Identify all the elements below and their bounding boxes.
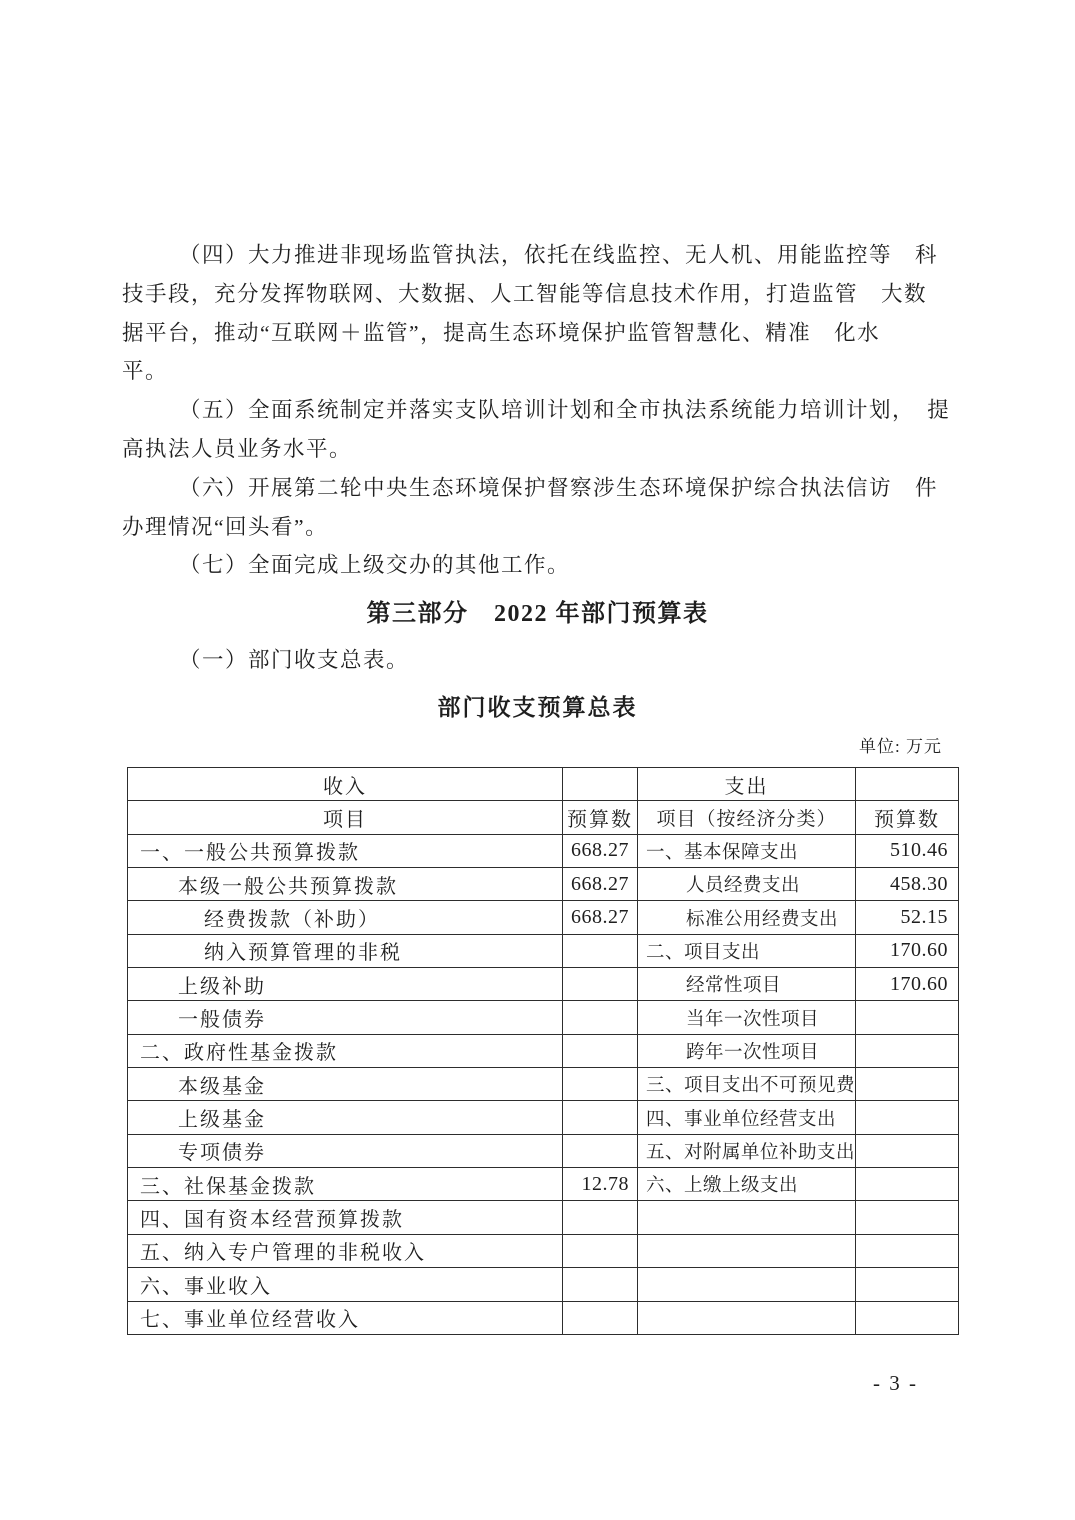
expense-item-cell: 当年一次性项目 — [638, 1001, 856, 1034]
income-value-cell: 668.27 — [563, 868, 638, 901]
expense-value-cell — [856, 1001, 959, 1034]
expense-item-cell: 经常性项目 — [638, 968, 856, 1001]
expense-value-cell: 170.60 — [856, 968, 959, 1001]
income-value-cell — [563, 1101, 638, 1134]
table-row: 一、一般公共预算拨款 668.27 一、基本保障支出 510.46 — [128, 834, 959, 867]
table-row: 六、事业收入 — [128, 1268, 959, 1301]
income-item-cell: 一、一般公共预算拨款 — [128, 834, 563, 867]
expense-value-cell — [856, 1068, 959, 1101]
income-value-column-header: 预算数 — [563, 801, 638, 834]
income-item-cell: 专项债券 — [128, 1134, 563, 1167]
expense-item-cell — [638, 1234, 856, 1267]
expense-item-cell: 人员经费支出 — [638, 868, 856, 901]
expense-value-cell — [856, 1268, 959, 1301]
table-row: 二、政府性基金拨款 跨年一次性项目 — [128, 1034, 959, 1067]
paragraph-line: （五）全面系统制定并落实支队培训计划和全市执法系统能力培训计划， 提 — [122, 391, 962, 430]
income-item-cell: 六、事业收入 — [128, 1268, 563, 1301]
paragraph-block: （四）大力推进非现场监管执法，依托在线监控、无人机、用能监控等 科 技手段，充分… — [122, 236, 962, 585]
table-row: 经费拨款（补助） 668.27 标准公用经费支出 52.15 — [128, 901, 959, 934]
expense-value-cell: 52.15 — [856, 901, 959, 934]
expense-item-cell — [638, 1201, 856, 1234]
paragraph-line: （四）大力推进非现场监管执法，依托在线监控、无人机、用能监控等 科 — [122, 236, 962, 275]
paragraph-line: 平。 — [122, 352, 962, 391]
paragraph-line: （六）开展第二轮中央生态环境保护督察涉生态环境保护综合执法信访 件 — [122, 469, 962, 508]
income-item-cell: 三、社保基金拨款 — [128, 1168, 563, 1201]
income-value-cell — [563, 1034, 638, 1067]
table-row: 上级基金 四、事业单位经营支出 — [128, 1101, 959, 1134]
income-value-cell — [563, 1268, 638, 1301]
expense-item-cell: 标准公用经费支出 — [638, 901, 856, 934]
expense-item-cell: 三、项目支出不可预见费 — [638, 1068, 856, 1101]
expense-item-cell — [638, 1268, 856, 1301]
table-row: 七、事业单位经营收入 — [128, 1301, 959, 1334]
income-item-column-header: 项目 — [128, 801, 563, 834]
expense-value-cell — [856, 1234, 959, 1267]
table-column-header-row: 项目 预算数 项目（按经济分类） 预算数 — [128, 801, 959, 834]
expense-item-cell: 一、基本保障支出 — [638, 834, 856, 867]
expense-value-cell — [856, 1034, 959, 1067]
income-value-cell: 668.27 — [563, 901, 638, 934]
paragraph-line: （七）全面完成上级交办的其他工作。 — [122, 546, 962, 585]
expense-item-cell: 跨年一次性项目 — [638, 1034, 856, 1067]
income-value-cell: 12.78 — [563, 1168, 638, 1201]
income-value-cell — [563, 1068, 638, 1101]
expense-value-cell — [856, 1301, 959, 1334]
page-number: - 3 - — [122, 1368, 958, 1398]
expense-item-cell: 六、上缴上级支出 — [638, 1168, 856, 1201]
expense-value-cell — [856, 1168, 959, 1201]
expense-value-cell — [856, 1101, 959, 1134]
expense-value-cell: 170.60 — [856, 934, 959, 967]
income-item-cell: 纳入预算管理的非税 — [128, 934, 563, 967]
income-item-cell: 经费拨款（补助） — [128, 901, 563, 934]
income-item-cell: 四、国有资本经营预算拨款 — [128, 1201, 563, 1234]
expense-value-cell — [856, 1201, 959, 1234]
income-value-cell: 668.27 — [563, 834, 638, 867]
table-row: 五、纳入专户管理的非税收入 — [128, 1234, 959, 1267]
table-row: 三、社保基金拨款 12.78 六、上缴上级支出 — [128, 1168, 959, 1201]
paragraph-line: 据平台，推动“互联网＋监管”，提高生态环境保护监管智慧化、精准 化水 — [122, 314, 962, 353]
expense-item-cell: 四、事业单位经营支出 — [638, 1101, 856, 1134]
income-group-header: 收入 — [128, 768, 563, 801]
income-item-cell: 二、政府性基金拨款 — [128, 1034, 563, 1067]
table-row: 本级一般公共预算拨款 668.27 人员经费支出 458.30 — [128, 868, 959, 901]
budget-table: 收入 支出 项目 预算数 项目（按经济分类） 预算数 一、一般公共预算拨款 66… — [127, 767, 959, 1335]
income-value-cell — [563, 1301, 638, 1334]
income-item-cell: 本级基金 — [128, 1068, 563, 1101]
section-heading: 第三部分 2022 年部门预算表 — [0, 594, 1075, 634]
expense-value-column-header: 预算数 — [856, 801, 959, 834]
income-item-cell: 本级一般公共预算拨款 — [128, 868, 563, 901]
income-value-cell — [563, 1234, 638, 1267]
table-row: 四、国有资本经营预算拨款 — [128, 1201, 959, 1234]
table-title: 部门收支预算总表 — [0, 688, 1075, 728]
income-item-cell: 上级补助 — [128, 968, 563, 1001]
expense-value-cell: 458.30 — [856, 868, 959, 901]
table-row: 上级补助 经常性项目 170.60 — [128, 968, 959, 1001]
subsection-line: （一）部门收支总表。 — [122, 640, 962, 680]
expense-item-cell — [638, 1301, 856, 1334]
income-value-cell — [563, 1201, 638, 1234]
income-item-cell: 上级基金 — [128, 1101, 563, 1134]
paragraph-line: 技手段，充分发挥物联网、大数据、人工智能等信息技术作用，打造监管 大数 — [122, 275, 962, 314]
expense-item-cell: 二、项目支出 — [638, 934, 856, 967]
header-spacer-cell — [856, 768, 959, 801]
income-value-cell — [563, 968, 638, 1001]
expense-group-header: 支出 — [638, 768, 856, 801]
header-spacer-cell — [563, 768, 638, 801]
paragraph-line: 办理情况“回头看”。 — [122, 508, 962, 547]
document-page: （四）大力推进非现场监管执法，依托在线监控、无人机、用能监控等 科 技手段，充分… — [0, 0, 1075, 1520]
income-item-cell: 七、事业单位经营收入 — [128, 1301, 563, 1334]
expense-value-cell — [856, 1134, 959, 1167]
table-row: 纳入预算管理的非税 二、项目支出 170.60 — [128, 934, 959, 967]
income-value-cell — [563, 1134, 638, 1167]
income-value-cell — [563, 934, 638, 967]
expense-item-column-header: 项目（按经济分类） — [638, 801, 856, 834]
income-item-cell: 一般债券 — [128, 1001, 563, 1034]
table-row: 本级基金 三、项目支出不可预见费 — [128, 1068, 959, 1101]
paragraph-line: 高执法人员业务水平。 — [122, 430, 962, 469]
table-row: 专项债券 五、对附属单位补助支出 — [128, 1134, 959, 1167]
table-row: 一般债券 当年一次性项目 — [128, 1001, 959, 1034]
income-item-cell: 五、纳入专户管理的非税收入 — [128, 1234, 563, 1267]
expense-value-cell: 510.46 — [856, 834, 959, 867]
unit-note: 单位: 万元 — [122, 733, 958, 761]
income-value-cell — [563, 1001, 638, 1034]
expense-item-cell: 五、对附属单位补助支出 — [638, 1134, 856, 1167]
table-group-header-row: 收入 支出 — [128, 768, 959, 801]
